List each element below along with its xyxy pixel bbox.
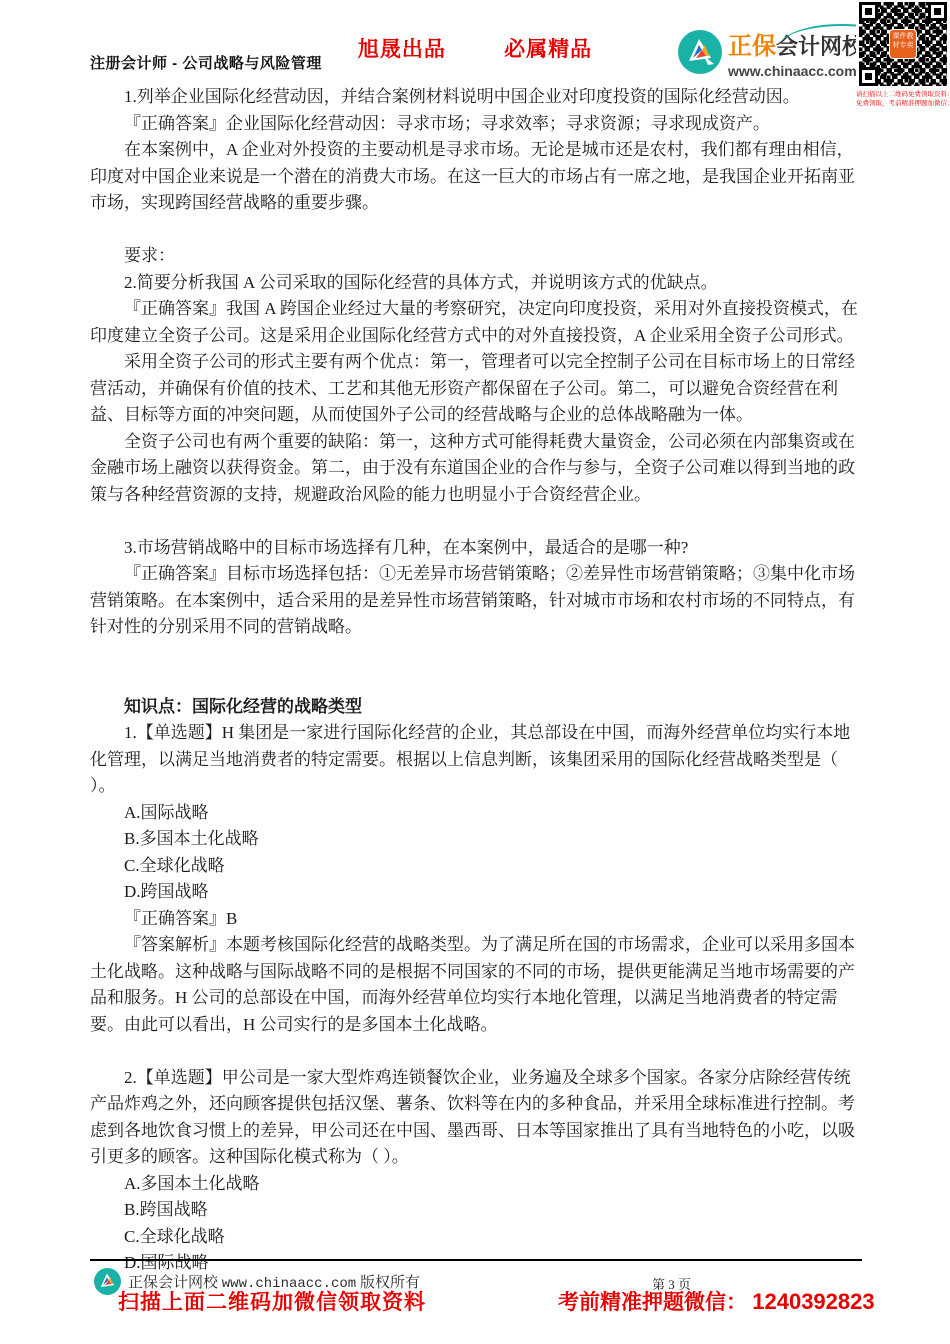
qr-caption: 请扫描以上二维码免费领取资料：1240392823 免费领取，考前精准押题加微信…: [856, 90, 950, 108]
qr-code: 课件教材专卖: [859, 2, 947, 86]
option-line: C.全球化战略: [90, 853, 862, 880]
paragraph: 在本案例中，A 企业对外投资的主要动机是寻求市场。无论是城市还是农村，我们都有理…: [90, 137, 862, 217]
qr-code-block: 课件教材专卖 请扫描以上二维码免费领取资料：1240392823 免费领取，考前…: [856, 0, 950, 112]
footer-divider: [90, 1259, 862, 1261]
footer-scan-text: 扫描上面二维码加微信领取资料: [118, 1286, 426, 1316]
paragraph: 『正确答案』B: [90, 906, 862, 933]
paragraph: 『正确答案』我国 A 跨国企业经过大量的考察研究，决定向印度投资，采用对外直接投…: [90, 296, 862, 349]
brand-name-accent: 正保: [728, 33, 776, 60]
brand-logo-icon: [678, 30, 722, 74]
paragraph: 全资子公司也有两个重要的缺陷：第一，这种方式可能得耗费大量资金，公司必须在内部集…: [90, 429, 862, 509]
footer-wechat-text: 考前精准押题微信： 1240392823: [558, 1286, 875, 1316]
brand-url: www.chinaacc.com: [728, 63, 858, 79]
qr-finder-icon: [859, 2, 878, 21]
option-line: B.跨国战略: [90, 1197, 862, 1224]
option-line: C.全球化战略: [90, 1224, 862, 1251]
paragraph: 『正确答案』企业国际化经营动因：寻求市场；寻求效率；寻求资源；寻求现成资产。: [90, 111, 862, 138]
paragraph: 2.【单选题】甲公司是一家大型炸鸡连锁餐饮企业，业务遍及全球多个国家。各家分店除…: [90, 1065, 862, 1171]
paragraph: 『正确答案』目标市场选择包括：①无差异市场营销策略；②差异性市场营销策略；③集中…: [90, 561, 862, 641]
option-line: B.多国本土化战略: [90, 826, 862, 853]
blank-line: [90, 1038, 862, 1065]
promo-banner-left: 旭晟出品: [358, 37, 446, 61]
paragraph: 1.列举企业国际化经营动因，并结合案例材料说明中国企业对印度投资的国际化经营动因…: [90, 84, 862, 111]
blank-line: [90, 667, 862, 694]
blank-line: [90, 508, 862, 535]
paragraph: 3.市场营销战略中的目标市场选择有几种，在本案例中，最适合的是哪一种?: [90, 535, 862, 562]
paragraph: 1.【单选题】H 集团是一家进行国际化经营的企业，其总部设在中国，而海外经营单位…: [90, 720, 862, 800]
document-body: 1.列举企业国际化经营动因，并结合案例材料说明中国企业对印度投资的国际化经营动因…: [90, 84, 862, 1277]
footer-wechat-label: 考前精准押题微信：: [558, 1290, 747, 1314]
paragraph: 2.简要分析我国 A 公司采取的国际化经营的具体方式，并说明该方式的优缺点。: [90, 270, 862, 297]
option-line: A.国际战略: [90, 800, 862, 827]
promo-banner-right: 必属精品: [504, 37, 592, 61]
qr-caption-line1: 请扫描以上二维码免费领取资料：1240392823: [856, 90, 950, 99]
blank-line: [90, 217, 862, 244]
knowledge-point-heading: 知识点：国际化经营的战略类型: [90, 694, 862, 721]
footer-wechat-number: 1240392823: [752, 1289, 874, 1314]
option-line: D.跨国战略: [90, 879, 862, 906]
course-title: 注册会计师 - 公司战略与风险管理: [90, 52, 322, 73]
footer-brand-logo-icon: [94, 1268, 121, 1295]
brand-logo: 正保会计网校 www.chinaacc.com: [678, 26, 858, 80]
paragraph: 要求：: [90, 243, 862, 270]
paragraph: 采用全资子公司的形式主要有两个优点：第一，管理者可以完全控制子公司在目标市场上的…: [90, 349, 862, 429]
paragraph: 『答案解析』本题考核国际化经营的战略类型。为了满足所在国的市场需求，企业可以采用…: [90, 932, 862, 1038]
qr-caption-line2: 免费领取，考前精准押题加微信：1240392823: [856, 99, 950, 108]
qr-center-badge: 课件教材专卖: [889, 29, 917, 59]
qr-finder-icon: [928, 2, 947, 21]
option-line: A.多国本土化战略: [90, 1171, 862, 1198]
blank-line: [90, 641, 862, 668]
